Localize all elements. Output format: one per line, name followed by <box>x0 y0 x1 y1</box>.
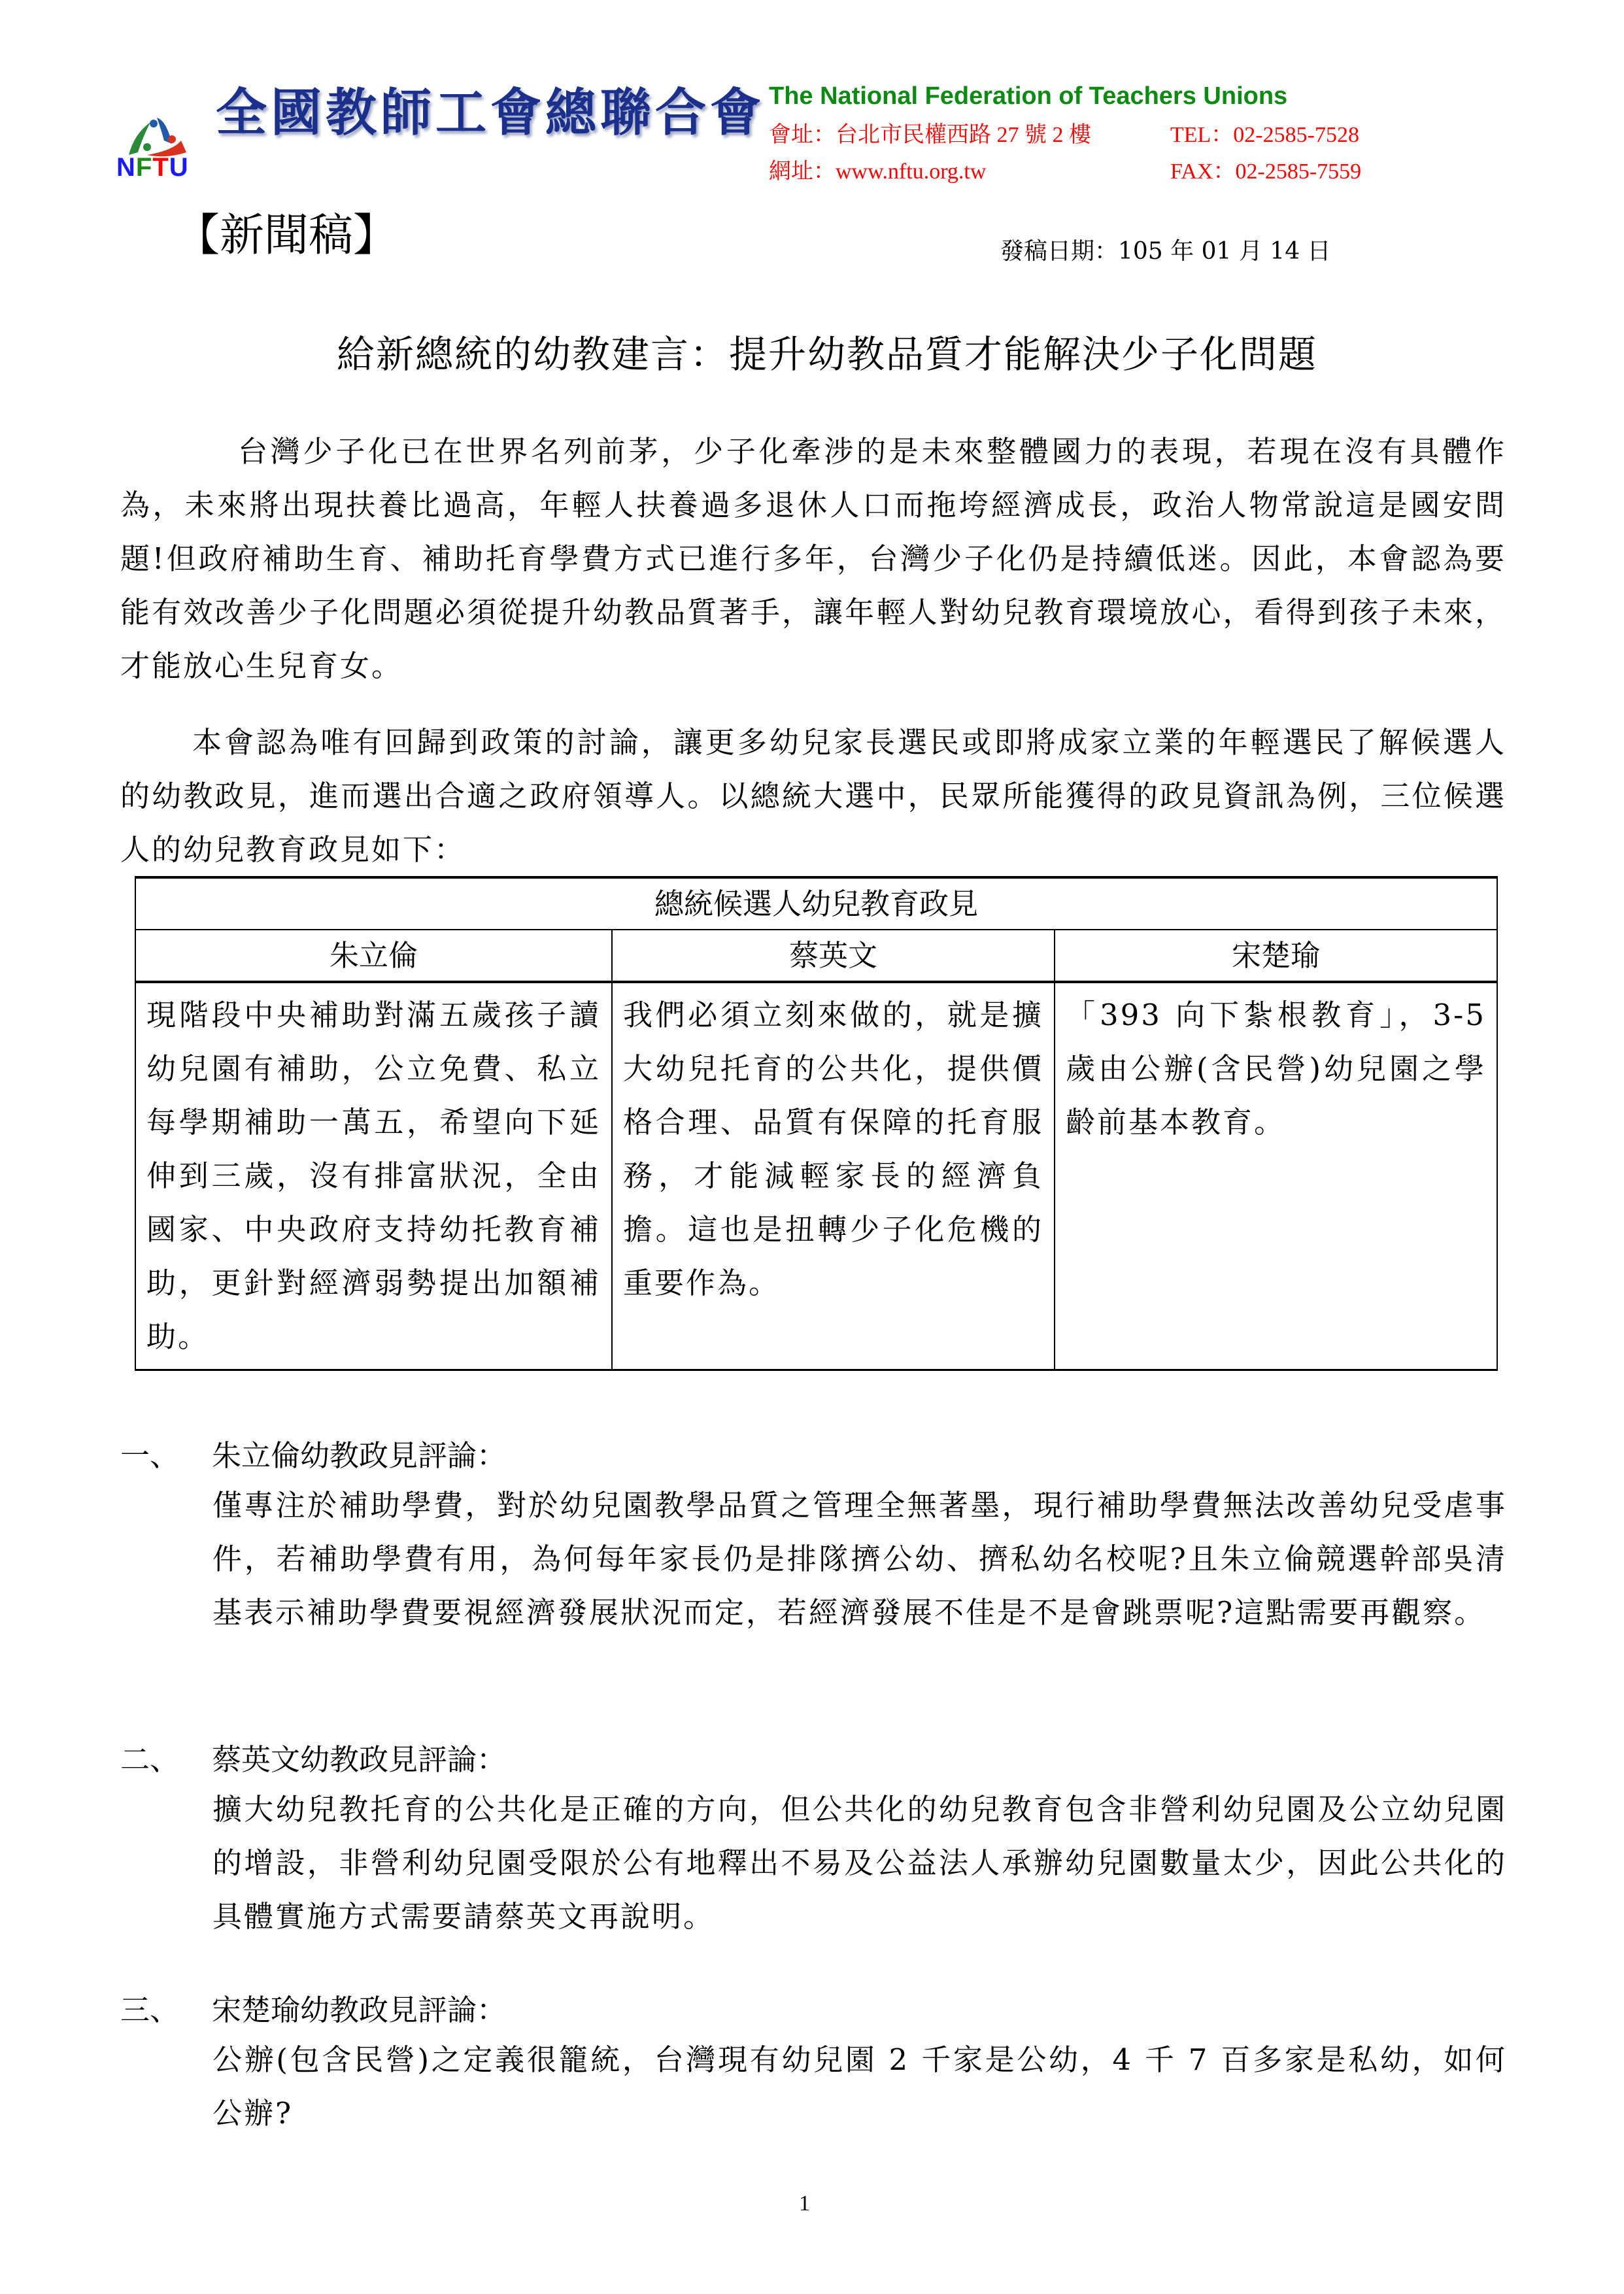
document-title: 給新總統的幼教建言：提升幼教品質才能解決少子化問題 <box>157 324 1497 379</box>
section-body-tsai: 擴大幼兒教托育的公共化是正確的方向，但公共化的幼兒教育包含非營利幼兒園及公立幼兒… <box>212 1783 1507 1944</box>
context-paragraph: 本會認為唯有回歸到政策的討論，讓更多幼兒家長選民或即將成家立業的年輕選民了解候選… <box>120 716 1506 877</box>
section-heading-soong: 三、宋楚瑜幼教政見評論： <box>120 1993 506 2028</box>
org-address: 會址：台北市民權西路 27 號 2 樓 <box>769 116 1091 148</box>
policy-chu: 現階段中央補助對滿五歲孩子讀幼兒園有補助，公立免費、私立每學期補助一萬五，希望向… <box>135 982 612 1370</box>
section-heading-tsai: 二、蔡英文幼教政見評論： <box>120 1742 506 1778</box>
org-tel: TEL：02-2585-7528 <box>1170 116 1359 148</box>
candidate-name-chu: 朱立倫 <box>135 930 612 982</box>
intro-paragraph: 台灣少子化已在世界名列前茅，少子化牽涉的是未來整體國力的表現，若現在沒有具體作為… <box>120 425 1506 693</box>
policy-tsai: 我們必須立刻來做的，就是擴大幼兒托育的公共化，提供價格合理、品質有保障的托育服務… <box>612 982 1055 1370</box>
table-caption: 總統候選人幼兒教育政見 <box>135 877 1497 930</box>
org-fax: FAX：02-2585-7559 <box>1170 153 1361 185</box>
section-heading-chu: 一、朱立倫幼教政見評論： <box>120 1438 506 1474</box>
candidate-policy-table: 總統候選人幼兒教育政見 朱立倫 蔡英文 宋楚瑜 現階段中央補助對滿五歲孩子讀幼兒… <box>135 876 1498 1371</box>
release-date: 發稿日期：105 年 01 月 14 日 <box>1000 233 1331 266</box>
press-release-tag: 【新聞稿】 <box>175 209 398 263</box>
candidate-name-soong: 宋楚瑜 <box>1055 930 1497 982</box>
org-name-chinese: 全國教師工會總聯合會 <box>216 77 686 149</box>
policy-soong: 「393 向下紮根教育」，3-5 歲由公辦(含民營)幼兒園之學齡前基本教育。 <box>1055 982 1497 1370</box>
section-body-chu: 僅專注於補助學費，對於幼兒園教學品質之管理全無著墨，現行補助學費無法改善幼兒受虐… <box>212 1479 1507 1640</box>
org-website: 網址：www.nftu.org.tw <box>769 153 986 185</box>
candidate-name-tsai: 蔡英文 <box>612 930 1055 982</box>
nftu-acronym: NFTU <box>116 154 189 180</box>
section-body-soong: 公辦(包含民營)之定義很籠統，台灣現有幼兒園 2 千家是公幼，4 千 7 百多家… <box>212 2033 1507 2140</box>
org-name-english: The National Federation of Teachers Unio… <box>769 82 1287 110</box>
page-number: 1 <box>799 2191 810 2216</box>
